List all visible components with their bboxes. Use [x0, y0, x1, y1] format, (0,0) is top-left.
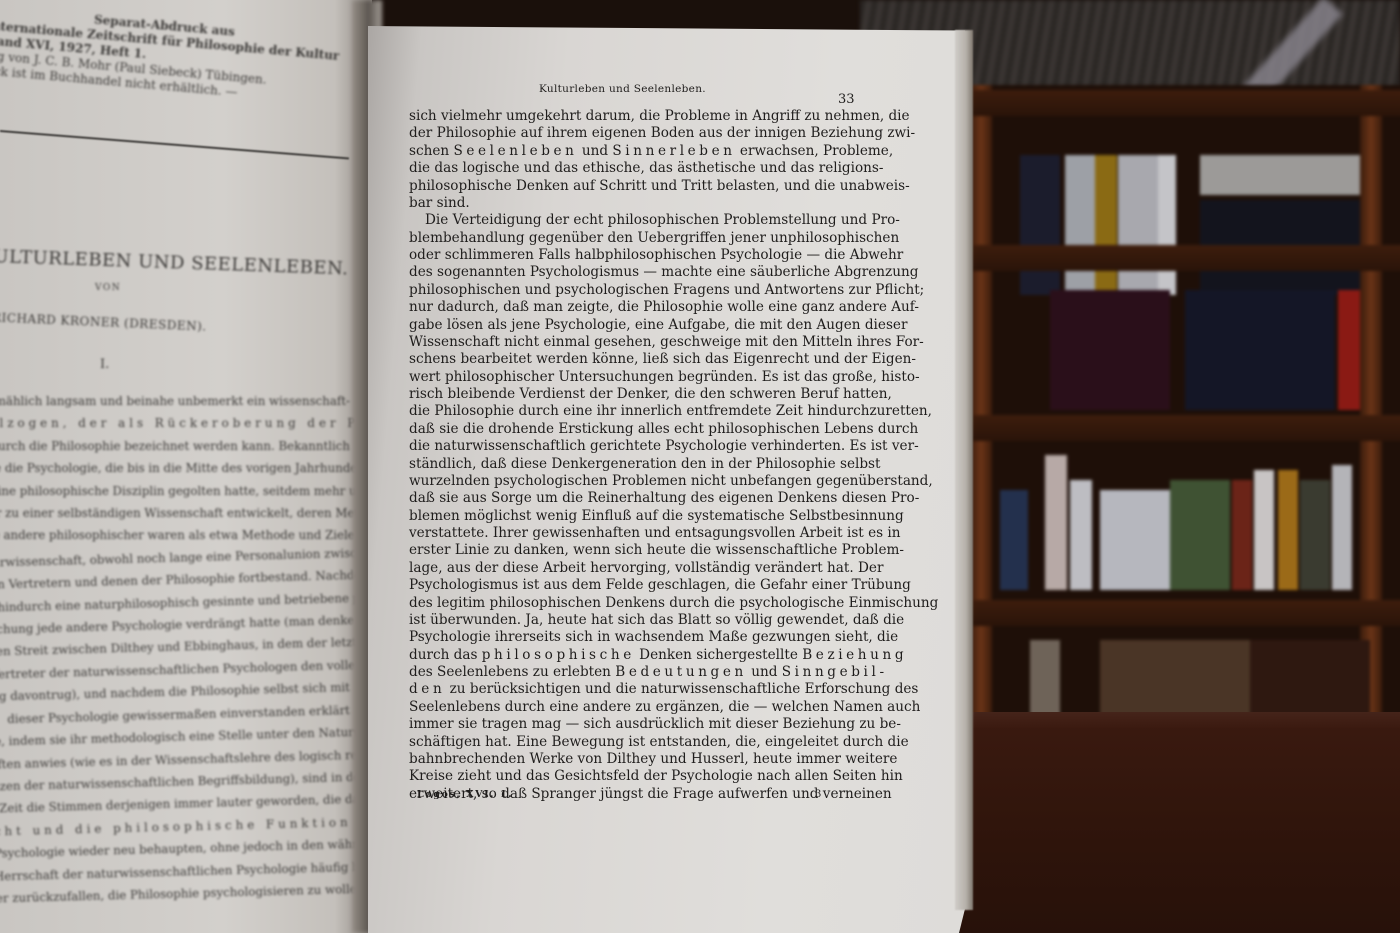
right-body-text: sich vielmehr umgekehrt darum, die Probl…	[409, 108, 869, 803]
text-line: des Seelenlebens zu erlebten Bedeutungen…	[409, 664, 869, 681]
emphasized-term: philosophische	[482, 647, 635, 663]
text-segment: Die Verteidigung der echt philosophische…	[425, 212, 900, 228]
section-number: I.	[100, 357, 109, 372]
text-line: Die Verteidigung der echt philosophische…	[409, 212, 869, 229]
shelf-row-2	[970, 280, 1400, 410]
shelf-board	[940, 245, 1400, 271]
text-segment: risch bleibende Verdienst der Denker, di…	[409, 386, 892, 402]
text-segment: lage, aus der diese Arbeit hervorging, v…	[409, 560, 883, 576]
text-segment: wert philosophischer Untersuchungen begr…	[409, 369, 920, 385]
text-line: allmählich langsam und beinahe unbemerkt…	[0, 390, 350, 412]
text-segment: des legitim philosophischen Denkens durc…	[409, 595, 938, 611]
text-segment: und	[578, 143, 613, 159]
text-segment: Seelenlebens durch eine andere zu ergänz…	[409, 699, 920, 715]
text-line: die Philosophie durch eine ihr innerlich…	[409, 403, 869, 420]
text-line: bahnbrechenden Werke von Dilthey und Hus…	[409, 751, 869, 768]
byline-von: VON	[95, 283, 121, 293]
text-line: Wissenschaft nicht einmal gesehen, gesch…	[409, 334, 869, 351]
left-body-text: allmählich langsam und beinahe unbemerkt…	[0, 390, 350, 905]
text-line: oder schlimmeren Falls halbphilosophisch…	[409, 247, 869, 264]
emphasized-term: den	[409, 681, 445, 697]
text-segment: immer sie tragen mag — sich ausdrücklich…	[409, 716, 901, 732]
text-line: Psychologie ihrerseits sich in wachsende…	[409, 629, 869, 646]
text-line: Kreise zieht und das Gesichtsfeld der Ps…	[409, 768, 869, 785]
offprint-stamp: Separat-Abdruck aus Logos. International…	[13, 6, 372, 112]
text-segment: erwachsen, Probleme,	[736, 143, 894, 159]
shelf-row-1	[970, 145, 1400, 295]
text-line: hatte die Psychologie, die bis in die Mi…	[0, 457, 350, 479]
text-line: lage, aus der diese Arbeit hervorging, v…	[409, 560, 869, 577]
emphasized-term: Sinngebil-	[782, 664, 888, 680]
article-author: RICHARD KRONER (DRESDEN).	[0, 310, 207, 333]
text-line: vollzogen, der als Rückeroberung der Psy…	[0, 412, 350, 434]
text-line: durch die Philosophie bezeichnet werden …	[0, 435, 350, 457]
text-line: immer sie tragen mag — sich ausdrücklich…	[409, 716, 869, 733]
text-line: des sogenannten Psychologismus — machte …	[409, 264, 869, 281]
text-line: mehr zu einer selbständigen Wissenschaft…	[0, 502, 350, 524]
emphasized-term: Bedeutungen	[615, 664, 747, 680]
page-edge	[955, 30, 973, 910]
page-number: 33	[838, 92, 855, 107]
text-segment: philosophische Denken auf Schritt und Tr…	[409, 178, 910, 194]
text-segment: ist überwunden. Ja, heute hat sich das B…	[409, 612, 904, 628]
text-line: philosophischen und psychologischen Frag…	[409, 282, 869, 299]
text-line: ist überwunden. Ja, heute hat sich das B…	[409, 612, 869, 629]
shelf-board	[940, 600, 1400, 626]
text-segment: des sogenannten Psychologismus — machte …	[409, 264, 918, 280]
bookshelf	[940, 85, 1400, 745]
text-segment: ständlich, daß diese Denkergeneration de…	[409, 456, 880, 472]
text-line: die das logische und das ethische, das ä…	[409, 160, 869, 177]
footer-journal-signature: Logos, XVI. 1.	[417, 789, 513, 800]
text-line: wert philosophischer Untersuchungen begr…	[409, 369, 869, 386]
text-line: schens bearbeitet werden könne, ließ sic…	[409, 351, 869, 368]
text-line: der Philosophie auf ihrem eigenen Boden …	[409, 125, 869, 142]
text-segment: die das logische und das ethische, das ä…	[409, 160, 884, 176]
text-segment: Psychologie ihrerseits sich in wachsende…	[409, 629, 898, 645]
text-segment: bahnbrechenden Werke von Dilthey und Hus…	[409, 751, 897, 767]
text-line: schen Seelenleben und Sinnerleben erwach…	[409, 143, 869, 160]
text-line: des legitim philosophischen Denkens durc…	[409, 595, 869, 612]
emphasized-term: Seelenleben	[453, 143, 577, 159]
text-segment: oder schlimmeren Falls halbphilosophisch…	[409, 247, 903, 263]
text-line: philosophische Denken auf Schritt und Tr…	[409, 178, 869, 195]
text-line: die naturwissenschaftlich gerichtete Psy…	[409, 438, 869, 455]
text-line: nur dadurch, daß man zeigte, die Philoso…	[409, 299, 869, 316]
text-line: blemen möglichst wenig Einfluß auf die s…	[409, 508, 869, 525]
text-segment: und	[747, 664, 782, 680]
text-segment: des Seelenlebens zu erlebten	[409, 664, 615, 680]
text-segment: verstattete. Ihrer gewissenhaften und en…	[409, 525, 901, 541]
text-line: verstattete. Ihrer gewissenhaften und en…	[409, 525, 869, 542]
text-line: als eine philosophische Disziplin gegolt…	[0, 480, 350, 502]
text-segment: gabe lösen als jene Psychologie, eine Au…	[409, 317, 907, 333]
text-segment: die Philosophie durch eine ihr innerlich…	[409, 403, 932, 419]
stamp-rule	[0, 130, 349, 159]
text-segment: sich vielmehr umgekehrt darum, die Probl…	[409, 108, 910, 124]
footer-sheet-number: 3	[815, 789, 821, 800]
text-line: erster Linie zu danken, wenn sich heute …	[409, 542, 869, 559]
text-line: durch das philosophische Denken sicherge…	[409, 647, 869, 664]
text-segment: durch das	[409, 647, 482, 663]
shelf-board	[940, 90, 1400, 116]
text-line: risch bleibende Verdienst der Denker, di…	[409, 386, 869, 403]
text-line: den zu berücksichtigen und die naturwiss…	[409, 681, 869, 698]
article-title: KULTURLEBEN UND SEELENLEBEN.	[0, 246, 349, 280]
emphasized-term: Beziehung	[802, 647, 907, 663]
text-line: Psychologismus ist aus dem Felde geschla…	[409, 577, 869, 594]
emphasized-term: Sinnerleben	[612, 143, 735, 159]
text-segment: philosophischen und psychologischen Frag…	[409, 282, 924, 298]
text-segment: Denken sichergestellte	[635, 647, 802, 663]
text-segment: bar sind.	[409, 195, 470, 211]
text-line: Seelenlebens durch eine andere zu ergänz…	[409, 699, 869, 716]
text-segment: erster Linie zu danken, wenn sich heute …	[409, 542, 904, 558]
text-line: ständlich, daß diese Denkergeneration de…	[409, 456, 869, 473]
text-line: gabe lösen als jene Psychologie, eine Au…	[409, 317, 869, 334]
text-segment: schen	[409, 143, 453, 159]
running-head: Kulturleben und Seelenleben.	[539, 83, 706, 95]
text-segment: die naturwissenschaftlich gerichtete Psy…	[409, 438, 919, 454]
text-segment: blembehandlung gegenüber den Uebergriffe…	[409, 230, 899, 246]
text-line: daß sie die drohende Erstickung alles ec…	[409, 421, 869, 438]
text-segment: Kreise zieht und das Gesichtsfeld der Ps…	[409, 768, 903, 784]
text-line: bar sind.	[409, 195, 869, 212]
left-page: Separat-Abdruck aus Logos. International…	[0, 0, 372, 933]
text-line: wurzelnden psychologischen Problemen nic…	[409, 473, 869, 490]
text-segment: wurzelnden psychologischen Problemen nic…	[409, 473, 933, 489]
text-segment: nur dadurch, daß man zeigte, die Philoso…	[409, 299, 919, 315]
text-segment: Wissenschaft nicht einmal gesehen, gesch…	[409, 334, 924, 350]
text-segment: schäftigen hat. Eine Bewegung ist entsta…	[409, 734, 909, 750]
text-segment: Psychologismus ist aus dem Felde geschla…	[409, 577, 911, 593]
text-segment: zu berücksichtigen und die naturwissensc…	[445, 681, 918, 697]
text-segment: der Philosophie auf ihrem eigenen Boden …	[409, 125, 915, 141]
text-line: daß sie aus Sorge um die Reinerhaltung d…	[409, 490, 869, 507]
wooden-desk	[960, 712, 1400, 933]
shelf-row-3	[970, 450, 1400, 590]
text-segment: blemen möglichst wenig Einfluß auf die s…	[409, 508, 904, 524]
text-segment: daß sie aus Sorge um die Reinerhaltung d…	[409, 490, 919, 506]
text-line: schäftigen hat. Eine Bewegung ist entsta…	[409, 734, 869, 751]
text-line: sich vielmehr umgekehrt darum, die Probl…	[409, 108, 869, 125]
text-segment: daß sie die drohende Erstickung alles ec…	[409, 421, 918, 437]
text-line: blembehandlung gegenüber den Uebergriffe…	[409, 230, 869, 247]
text-segment: schens bearbeitet werden könne, ließ sic…	[409, 351, 916, 367]
shelf-board	[940, 415, 1400, 441]
